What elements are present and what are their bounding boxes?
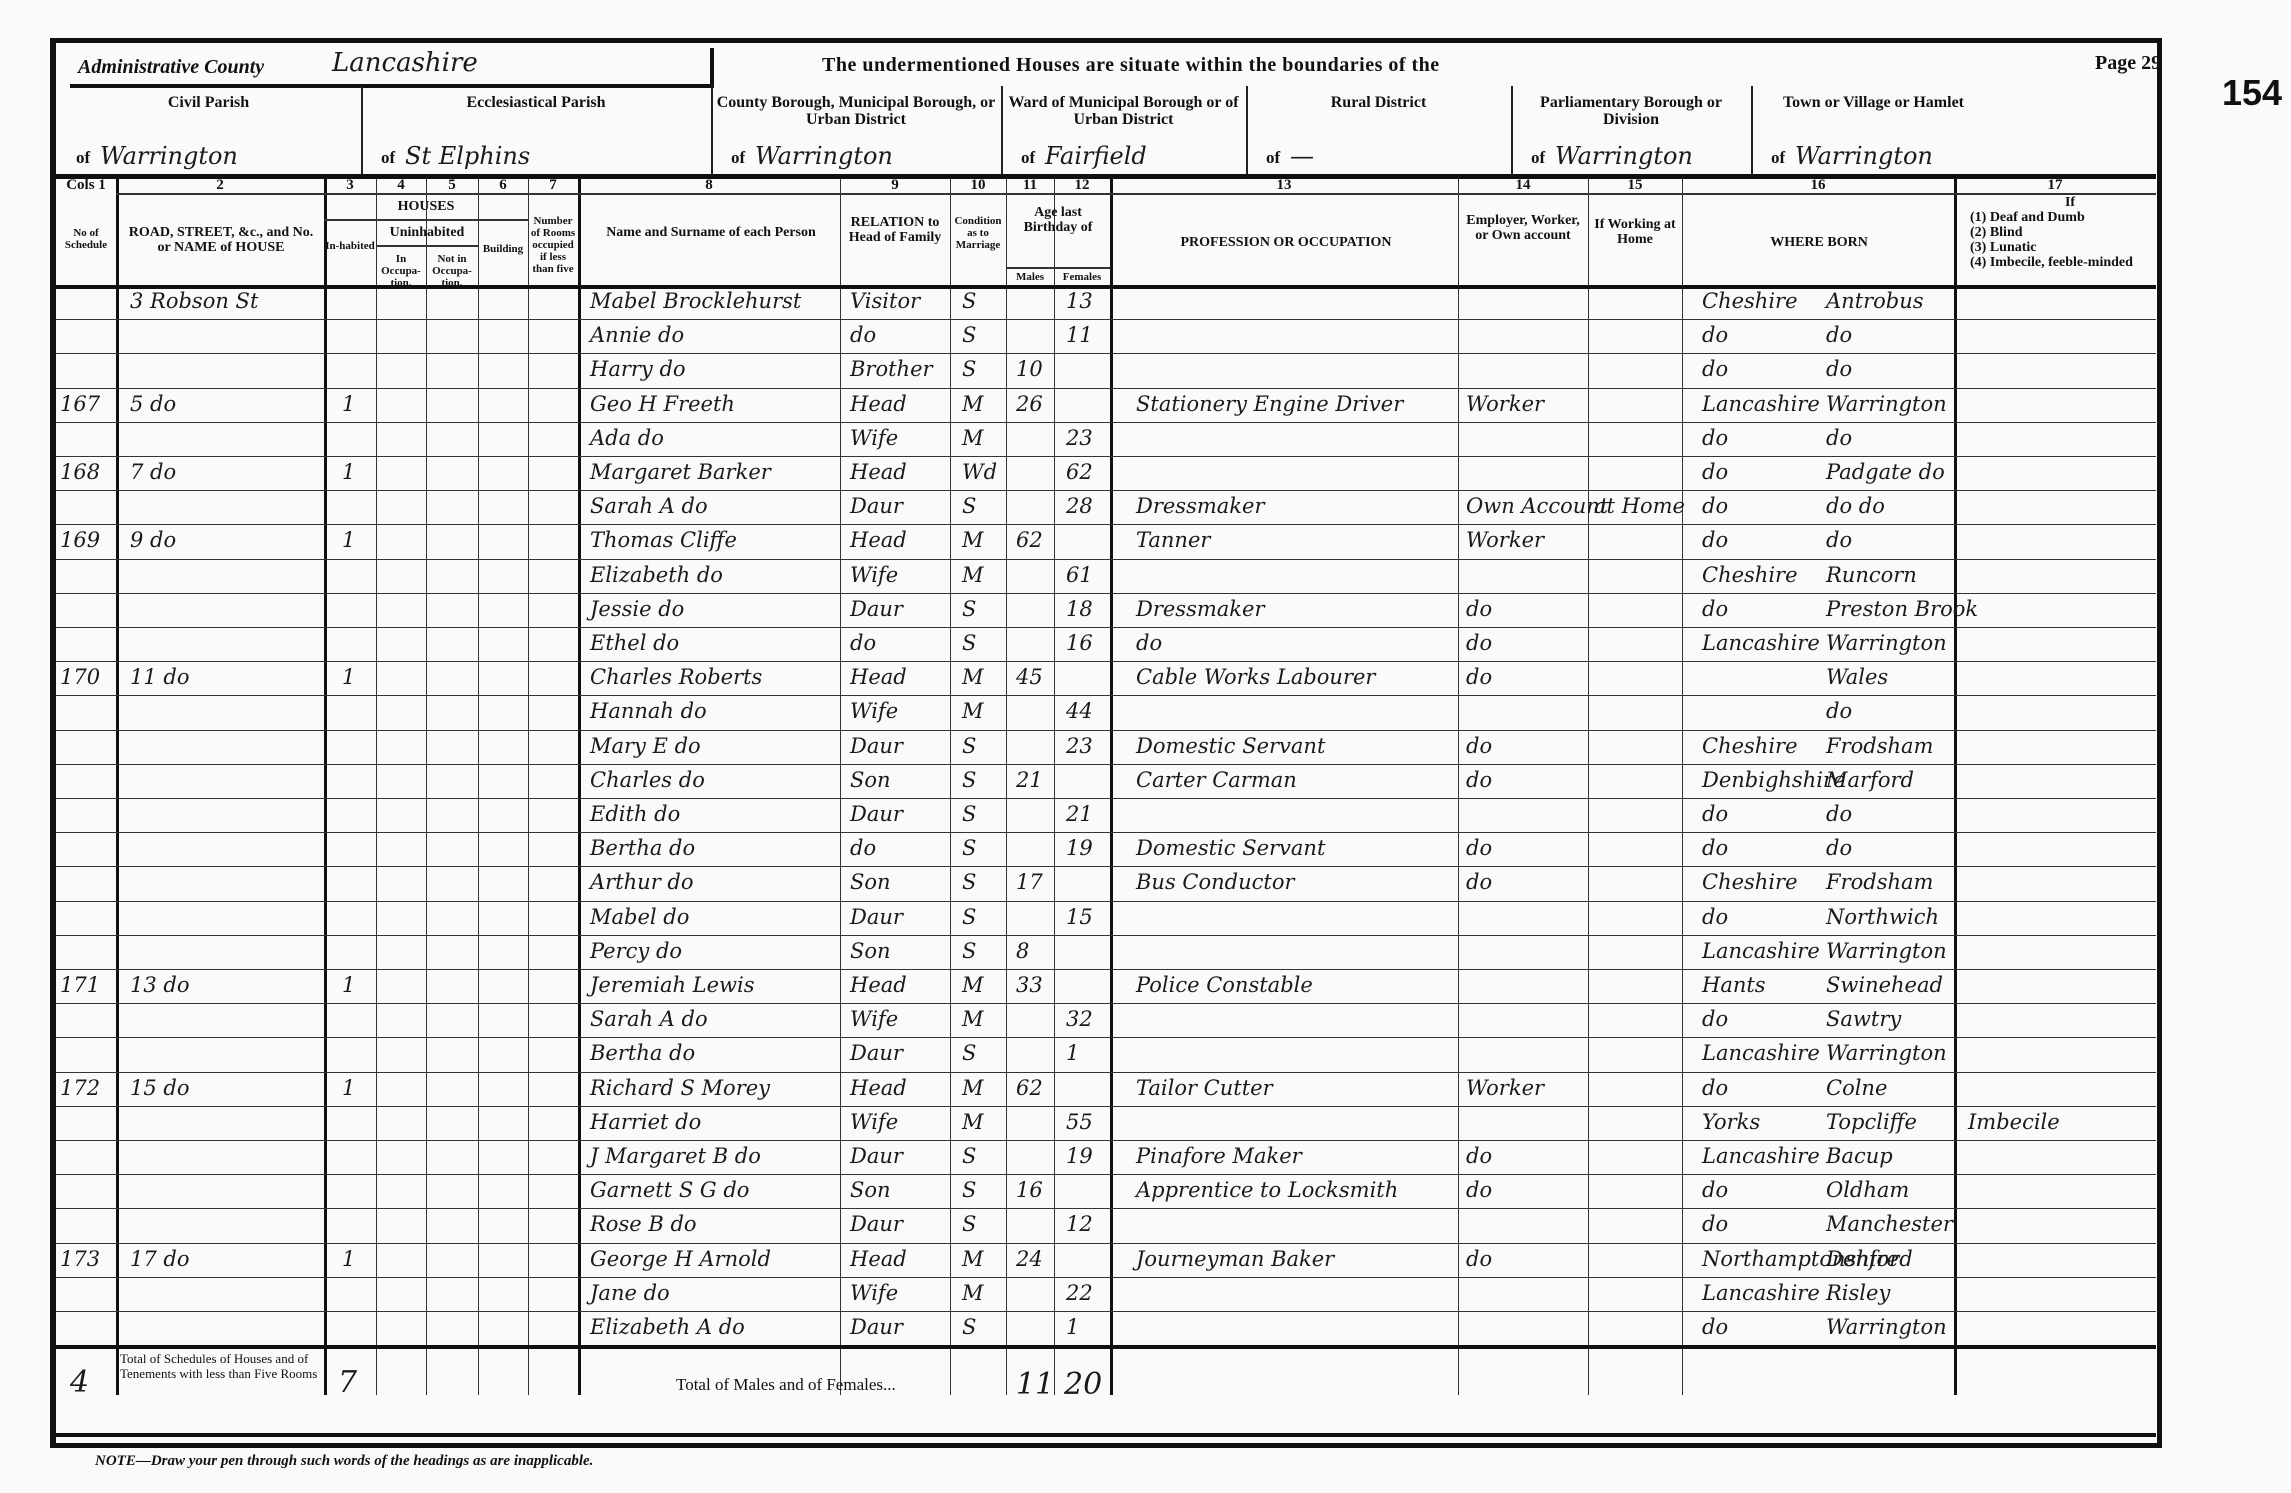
cell-relation: Daur xyxy=(850,1041,903,1065)
cell-condition: S xyxy=(962,905,976,929)
cell-schedule: 168 xyxy=(60,460,100,484)
column-heading-houses: HOUSES xyxy=(324,199,528,214)
cell-born-county: Lancashire xyxy=(1702,1144,1820,1168)
schedules-total-count: 7 xyxy=(338,1365,357,1400)
cell-born-place: Frodsham xyxy=(1826,734,1933,758)
cell-name: Bertha do xyxy=(590,836,695,860)
column-divider xyxy=(324,175,327,1395)
cell-name: Elizabeth A do xyxy=(590,1315,745,1339)
division-town: Town or Village or Hamlet of Warrington xyxy=(1751,86,1996,174)
cell-name: Bertha do xyxy=(590,1041,695,1065)
cell-born-place: Wales xyxy=(1826,665,1888,689)
row-rule xyxy=(56,935,2156,936)
cell-condition: S xyxy=(962,597,976,621)
division-title: Civil Parish xyxy=(56,94,361,111)
division-value: Warrington xyxy=(755,142,893,170)
column-number: 15 xyxy=(1588,177,1682,194)
cell-name: Rose B do xyxy=(590,1212,697,1236)
cell-female-age: 15 xyxy=(1066,905,1093,929)
column-number: 3 xyxy=(324,177,376,194)
cell-inhabited: 1 xyxy=(342,460,355,484)
cell-male-age: 62 xyxy=(1016,1076,1043,1100)
column-heading-working-home: If Working at Home xyxy=(1590,217,1680,247)
row-rule xyxy=(56,730,2156,731)
cell-occupation: Stationery Engine Driver xyxy=(1136,392,1403,416)
cell-name: Geo H Freeth xyxy=(590,392,735,416)
cell-employer: do xyxy=(1466,665,1492,689)
column-number: 10 xyxy=(950,177,1006,194)
cell-condition: M xyxy=(962,1247,984,1271)
cell-male-age: 10 xyxy=(1016,357,1043,381)
cell-born-county: Cheshire xyxy=(1702,870,1798,894)
cell-born-county: Lancashire xyxy=(1702,1041,1820,1065)
cell-born-county: Lancashire xyxy=(1702,392,1820,416)
cell-address: 7 do xyxy=(130,460,176,484)
cell-at-home: at Home xyxy=(1594,494,1685,518)
cell-condition: S xyxy=(962,1144,976,1168)
cell-occupation: Carter Carman xyxy=(1136,768,1297,792)
cell-born-place: do xyxy=(1826,699,1852,723)
row-rule xyxy=(56,456,2156,457)
cell-born-county: Cheshire xyxy=(1702,289,1798,313)
column-divider xyxy=(1954,175,1957,1395)
cell-born-place: do xyxy=(1826,836,1852,860)
cell-condition: Wd xyxy=(962,460,997,484)
cell-relation: do xyxy=(850,631,876,655)
cell-born-place: do xyxy=(1826,528,1852,552)
cell-name: Charles do xyxy=(590,768,705,792)
cell-condition: M xyxy=(962,699,984,723)
page-number: Page 29 xyxy=(2095,52,2161,75)
cell-employer: Worker xyxy=(1466,1076,1544,1100)
cell-male-age: 8 xyxy=(1016,939,1029,963)
column-heading-condition: Condition as to Marriage xyxy=(952,215,1004,251)
schedules-total-label: Total of Schedules of Houses and of Tene… xyxy=(120,1351,320,1381)
cell-female-age: 19 xyxy=(1066,1144,1093,1168)
cell-occupation: Dressmaker xyxy=(1136,597,1264,621)
column-number: 16 xyxy=(1682,177,1954,194)
cell-born-place: Runcorn xyxy=(1826,563,1917,587)
uninhabited-rule xyxy=(376,245,478,247)
cell-relation: Brother xyxy=(850,357,933,381)
cell-born-county: do xyxy=(1702,1007,1728,1031)
cell-female-age: 12 xyxy=(1066,1212,1093,1236)
cell-condition: S xyxy=(962,734,976,758)
column-heading-infirmity: If (1) Deaf and Dumb (2) Blind (3) Lunat… xyxy=(1956,195,2170,270)
column-number: Cols 1 xyxy=(56,177,116,194)
row-rule xyxy=(56,1003,2156,1004)
column-number: 9 xyxy=(840,177,950,194)
cell-occupation: Bus Conductor xyxy=(1136,870,1295,894)
cell-male-age: 16 xyxy=(1016,1178,1043,1202)
division-civil-parish: Civil Parish of Warrington xyxy=(56,86,363,174)
cell-relation: Son xyxy=(850,870,891,894)
division-title: Ecclesiastical Parish xyxy=(361,94,711,111)
cell-relation: Head xyxy=(850,392,907,416)
column-heading-where-born: WHERE BORN xyxy=(1686,235,1952,250)
cell-born-place: Topcliffe xyxy=(1826,1110,1917,1134)
row-rule xyxy=(56,1140,2156,1141)
column-divider xyxy=(840,175,841,1395)
row-rule xyxy=(56,319,2156,320)
cell-condition: S xyxy=(962,870,976,894)
cell-born-county: do xyxy=(1702,1212,1728,1236)
row-rule xyxy=(56,1106,2156,1107)
cell-born-place: Antrobus xyxy=(1826,289,1924,313)
cell-born-county: do xyxy=(1702,426,1728,450)
administrative-county-box: Administrative County Lancashire xyxy=(70,48,714,88)
column-heading-uninhabited: Uninhabited xyxy=(376,225,478,240)
cell-employer: do xyxy=(1466,597,1492,621)
cell-name: Percy do xyxy=(590,939,682,963)
column-heading-occupation: PROFESSION OR OCCUPATION xyxy=(1116,235,1456,250)
column-heading-relation: RELATION to Head of Family xyxy=(840,215,950,245)
cell-name: Jessie do xyxy=(590,597,684,621)
cell-employer: do xyxy=(1466,1178,1492,1202)
row-rule xyxy=(56,353,2156,354)
cell-address: 15 do xyxy=(130,1076,189,1100)
cell-born-place: Warrington xyxy=(1826,939,1947,963)
cell-name: George H Arnold xyxy=(590,1247,771,1271)
cell-schedule: 167 xyxy=(60,392,100,416)
cell-born-county: Lancashire xyxy=(1702,1281,1820,1305)
cell-name: Sarah A do xyxy=(590,1007,708,1031)
cell-born-place: Oldham xyxy=(1826,1178,1909,1202)
row-rule xyxy=(56,1277,2156,1278)
cell-born-county: do xyxy=(1702,802,1728,826)
column-heading-employer: Employer, Worker, or Own account xyxy=(1460,213,1586,243)
column-number: 13 xyxy=(1110,177,1458,194)
cell-relation: do xyxy=(850,836,876,860)
column-divider xyxy=(1458,175,1459,1395)
division-title: Ward of Municipal Borough or of Urban Di… xyxy=(1001,94,1246,128)
cell-name: Mabel do xyxy=(590,905,689,929)
cell-name: Charles Roberts xyxy=(590,665,762,689)
cell-employer: do xyxy=(1466,1144,1492,1168)
cell-inhabited: 1 xyxy=(342,528,355,552)
division-parliamentary-borough: Parliamentary Borough or Division of War… xyxy=(1511,86,1753,174)
division-title: County Borough, Municipal Borough, or Ur… xyxy=(711,94,1001,128)
cell-condition: S xyxy=(962,357,976,381)
cell-born-county: do xyxy=(1702,1178,1728,1202)
column-divider xyxy=(376,175,377,1395)
cell-born-county: do xyxy=(1702,323,1728,347)
cell-inhabited: 1 xyxy=(342,1076,355,1100)
infirmity-1: (1) Deaf and Dumb xyxy=(1970,210,2170,225)
cell-condition: S xyxy=(962,1178,976,1202)
cell-address: 11 do xyxy=(130,665,189,689)
females-total: 20 xyxy=(1064,1367,1102,1402)
column-number: 6 xyxy=(478,177,528,194)
cell-occupation: Domestic Servant xyxy=(1136,836,1325,860)
division-value: Warrington xyxy=(1555,142,1693,170)
cell-born-place: Frodsham xyxy=(1826,870,1933,894)
cell-condition: S xyxy=(962,631,976,655)
column-divider xyxy=(426,175,427,1395)
cell-relation: Visitor xyxy=(850,289,920,313)
cell-born-place: Marford xyxy=(1826,768,1914,792)
age-sub-rule xyxy=(1006,267,1110,269)
cell-born-place: Warrington xyxy=(1826,1041,1947,1065)
row-rule xyxy=(56,1037,2156,1038)
cell-name: Thomas Cliffe xyxy=(590,528,737,552)
cell-relation: Son xyxy=(850,1178,891,1202)
cell-address: 3 Robson St xyxy=(130,289,258,313)
cell-born-place: Swinehead xyxy=(1826,973,1943,997)
division-value: Warrington xyxy=(1795,142,1933,170)
row-rule xyxy=(56,559,2156,560)
cell-relation: Daur xyxy=(850,1315,903,1339)
footer-note: NOTE—Draw your pen through such words of… xyxy=(95,1453,593,1470)
cell-occupation: do xyxy=(1136,631,1162,655)
cell-name: Margaret Barker xyxy=(590,460,771,484)
cell-name: Hannah do xyxy=(590,699,707,723)
cell-condition: S xyxy=(962,1212,976,1236)
cell-condition: M xyxy=(962,1076,984,1100)
cell-name: Ada do xyxy=(590,426,664,450)
cell-occupation: Journeyman Baker xyxy=(1136,1247,1334,1271)
cell-born-county: Lancashire xyxy=(1702,939,1820,963)
cell-name: Mary E do xyxy=(590,734,701,758)
cell-occupation: Domestic Servant xyxy=(1136,734,1325,758)
males-females-total-label: Total of Males and of Females... xyxy=(676,1375,896,1395)
division-ecclesiastical-parish: Ecclesiastical Parish of St Elphins xyxy=(361,86,713,174)
cell-condition: S xyxy=(962,1041,976,1065)
houses-rule xyxy=(324,219,528,221)
cell-relation: Head xyxy=(850,665,907,689)
column-heading-rooms: Number of Rooms occupied if less than fi… xyxy=(528,215,578,275)
cell-relation: Head xyxy=(850,1076,907,1100)
column-heading-building: Building xyxy=(478,243,528,255)
row-rule xyxy=(56,1174,2156,1175)
column-number: 7 xyxy=(528,177,578,194)
intro-text: The undermentioned Houses are situate wi… xyxy=(822,54,1440,77)
division-of: of xyxy=(76,148,90,168)
cell-name: Arthur do xyxy=(590,870,694,894)
infirmity-4: (4) Imbecile, feeble-minded xyxy=(1970,255,2170,270)
cell-name: Mabel Brocklehurst xyxy=(590,289,801,313)
cell-born-county: do xyxy=(1702,1076,1728,1100)
cell-name: Jane do xyxy=(590,1281,670,1305)
cell-born-county: Yorks xyxy=(1702,1110,1760,1134)
cell-born-county: Lancashire xyxy=(1702,631,1820,655)
division-value: Fairfield xyxy=(1045,142,1147,170)
cell-born-county: do xyxy=(1702,357,1728,381)
column-number: 14 xyxy=(1458,177,1588,194)
column-number: 12 xyxy=(1054,177,1110,194)
cell-name: Ethel do xyxy=(590,631,679,655)
cell-relation: Head xyxy=(850,528,907,552)
column-heading-age: Age last Birthday of xyxy=(1008,205,1108,235)
cell-relation: Daur xyxy=(850,494,903,518)
cell-born-place: Risley xyxy=(1826,1281,1890,1305)
column-divider xyxy=(1054,175,1055,1395)
cell-relation: Wife xyxy=(850,426,898,450)
cell-relation: Son xyxy=(850,939,891,963)
cell-condition: S xyxy=(962,1315,976,1339)
division-value: — xyxy=(1290,142,1314,170)
enumeration-table: Cols 1234567891011121314151617No of Sche… xyxy=(56,175,2156,1445)
cell-name: Sarah A do xyxy=(590,494,708,518)
division-of: of xyxy=(731,148,745,168)
cell-born-county: do xyxy=(1702,1315,1728,1339)
cell-relation: Daur xyxy=(850,734,903,758)
column-divider xyxy=(528,175,529,1395)
row-rule xyxy=(56,627,2156,628)
cell-condition: S xyxy=(962,323,976,347)
table-bottom-rule xyxy=(56,1433,2156,1437)
cell-female-age: 13 xyxy=(1066,289,1093,313)
row-rule xyxy=(56,969,2156,970)
males-total: 11 xyxy=(1016,1367,1054,1402)
cell-occupation: Tailor Cutter xyxy=(1136,1076,1273,1100)
cell-female-age: 23 xyxy=(1066,426,1093,450)
cell-born-place: do xyxy=(1826,802,1852,826)
cell-name: Edith do xyxy=(590,802,680,826)
cell-name: Garnett S G do xyxy=(590,1178,749,1202)
column-divider xyxy=(950,175,951,1395)
row-rule xyxy=(56,901,2156,902)
cell-condition: M xyxy=(962,1281,984,1305)
row-rule xyxy=(56,695,2156,696)
cell-address: 5 do xyxy=(130,392,176,416)
column-heading-no-of-schedule: No of Schedule xyxy=(58,227,114,251)
cell-employer: Own Account xyxy=(1466,494,1608,518)
cell-female-age: 18 xyxy=(1066,597,1093,621)
cell-born-place: Manchester xyxy=(1826,1212,1953,1236)
row-rule xyxy=(56,1072,2156,1073)
division-ward: Ward of Municipal Borough or of Urban Di… xyxy=(1001,86,1248,174)
cell-infirmity: Imbecile xyxy=(1968,1110,2060,1134)
column-heading-inhabited: In-habited xyxy=(324,240,376,252)
cell-condition: S xyxy=(962,289,976,313)
cell-employer: do xyxy=(1466,631,1492,655)
cell-relation: Daur xyxy=(850,905,903,929)
cell-relation: Wife xyxy=(850,1007,898,1031)
division-value: Warrington xyxy=(100,142,238,170)
cell-occupation: Tanner xyxy=(1136,528,1210,552)
cell-address: 13 do xyxy=(130,973,189,997)
cell-male-age: 17 xyxy=(1016,870,1043,894)
cell-schedule: 172 xyxy=(60,1076,100,1100)
cell-inhabited: 1 xyxy=(342,973,355,997)
cell-born-place: Warrington xyxy=(1826,392,1947,416)
cell-born-place: Sawtry xyxy=(1826,1007,1901,1031)
column-number: 17 xyxy=(1954,177,2156,194)
cell-employer: do xyxy=(1466,870,1492,894)
cell-name: Annie do xyxy=(590,323,684,347)
cell-condition: M xyxy=(962,1110,984,1134)
cell-address: 9 do xyxy=(130,528,176,552)
cell-condition: M xyxy=(962,1007,984,1031)
cell-born-place: do xyxy=(1826,426,1852,450)
schedules-rooms-mark: 4 xyxy=(70,1365,89,1400)
cell-condition: M xyxy=(962,528,984,552)
cell-relation: Head xyxy=(850,973,907,997)
cell-born-place: do do xyxy=(1826,494,1885,518)
cell-occupation: Apprentice to Locksmith xyxy=(1136,1178,1398,1202)
census-page: Administrative County Lancashire The und… xyxy=(0,0,2291,1493)
cell-employer: do xyxy=(1466,768,1492,792)
cell-born-place: Padgate do xyxy=(1826,460,1945,484)
cell-occupation: Pinafore Maker xyxy=(1136,1144,1302,1168)
column-divider xyxy=(1588,175,1589,1395)
infirmity-3: (3) Lunatic xyxy=(1970,240,2170,255)
division-title: Town or Village or Hamlet xyxy=(1751,94,1996,111)
cell-born-place: Denford xyxy=(1826,1247,1913,1271)
cell-relation: Daur xyxy=(850,1144,903,1168)
cell-female-age: 32 xyxy=(1066,1007,1093,1031)
cell-inhabited: 1 xyxy=(342,665,355,689)
column-heading-females: Females xyxy=(1054,271,1110,283)
cell-female-age: 55 xyxy=(1066,1110,1093,1134)
cell-born-county: do xyxy=(1702,836,1728,860)
cell-relation: Wife xyxy=(850,1281,898,1305)
cell-born-county: Hants xyxy=(1702,973,1766,997)
cell-born-county: do xyxy=(1702,905,1728,929)
cell-born-county: Cheshire xyxy=(1702,734,1798,758)
cell-relation: Head xyxy=(850,460,907,484)
division-title: Parliamentary Borough or Division xyxy=(1511,94,1751,128)
cell-condition: M xyxy=(962,426,984,450)
cell-name: Harry do xyxy=(590,357,686,381)
cell-relation: Son xyxy=(850,768,891,792)
cell-born-place: do xyxy=(1826,357,1852,381)
cell-relation: Wife xyxy=(850,1110,898,1134)
cell-born-county: do xyxy=(1702,597,1728,621)
column-divider xyxy=(478,175,479,1395)
cell-condition: M xyxy=(962,973,984,997)
row-rule xyxy=(56,1311,2156,1312)
row-rule xyxy=(56,422,2156,423)
division-county-borough: County Borough, Municipal Borough, or Ur… xyxy=(711,86,1003,174)
cell-born-place: Preston Brook xyxy=(1826,597,1978,621)
cell-female-age: 61 xyxy=(1066,563,1093,587)
division-of: of xyxy=(1771,148,1785,168)
column-divider xyxy=(578,175,581,1395)
cell-condition: M xyxy=(962,563,984,587)
cell-female-age: 11 xyxy=(1066,323,1093,347)
cell-employer: do xyxy=(1466,1247,1492,1271)
cell-born-place: Warrington xyxy=(1826,631,1947,655)
cell-female-age: 44 xyxy=(1066,699,1093,723)
column-divider xyxy=(1110,175,1113,1395)
cell-condition: M xyxy=(962,392,984,416)
cell-female-age: 62 xyxy=(1066,460,1093,484)
cell-male-age: 21 xyxy=(1016,768,1043,792)
column-heading-name: Name and Surname of each Person xyxy=(586,225,836,240)
column-heading-males: Males xyxy=(1006,271,1054,283)
row-rule xyxy=(56,1243,2156,1244)
division-title: Rural District xyxy=(1246,94,1511,111)
cell-inhabited: 1 xyxy=(342,392,355,416)
totals-rule xyxy=(56,1345,2156,1349)
cell-female-age: 1 xyxy=(1066,1041,1079,1065)
division-of: of xyxy=(1266,148,1280,168)
cell-name: J Margaret B do xyxy=(590,1144,761,1168)
column-divider xyxy=(116,175,119,1395)
column-number: 8 xyxy=(578,177,840,194)
cell-schedule: 171 xyxy=(60,973,100,997)
cell-female-age: 23 xyxy=(1066,734,1093,758)
column-divider xyxy=(1006,175,1007,1395)
cell-address: 17 do xyxy=(130,1247,189,1271)
column-number: 4 xyxy=(376,177,426,194)
cell-relation: do xyxy=(850,323,876,347)
cell-employer: Worker xyxy=(1466,528,1544,552)
cell-female-age: 16 xyxy=(1066,631,1093,655)
cell-born-place: Northwich xyxy=(1826,905,1939,929)
